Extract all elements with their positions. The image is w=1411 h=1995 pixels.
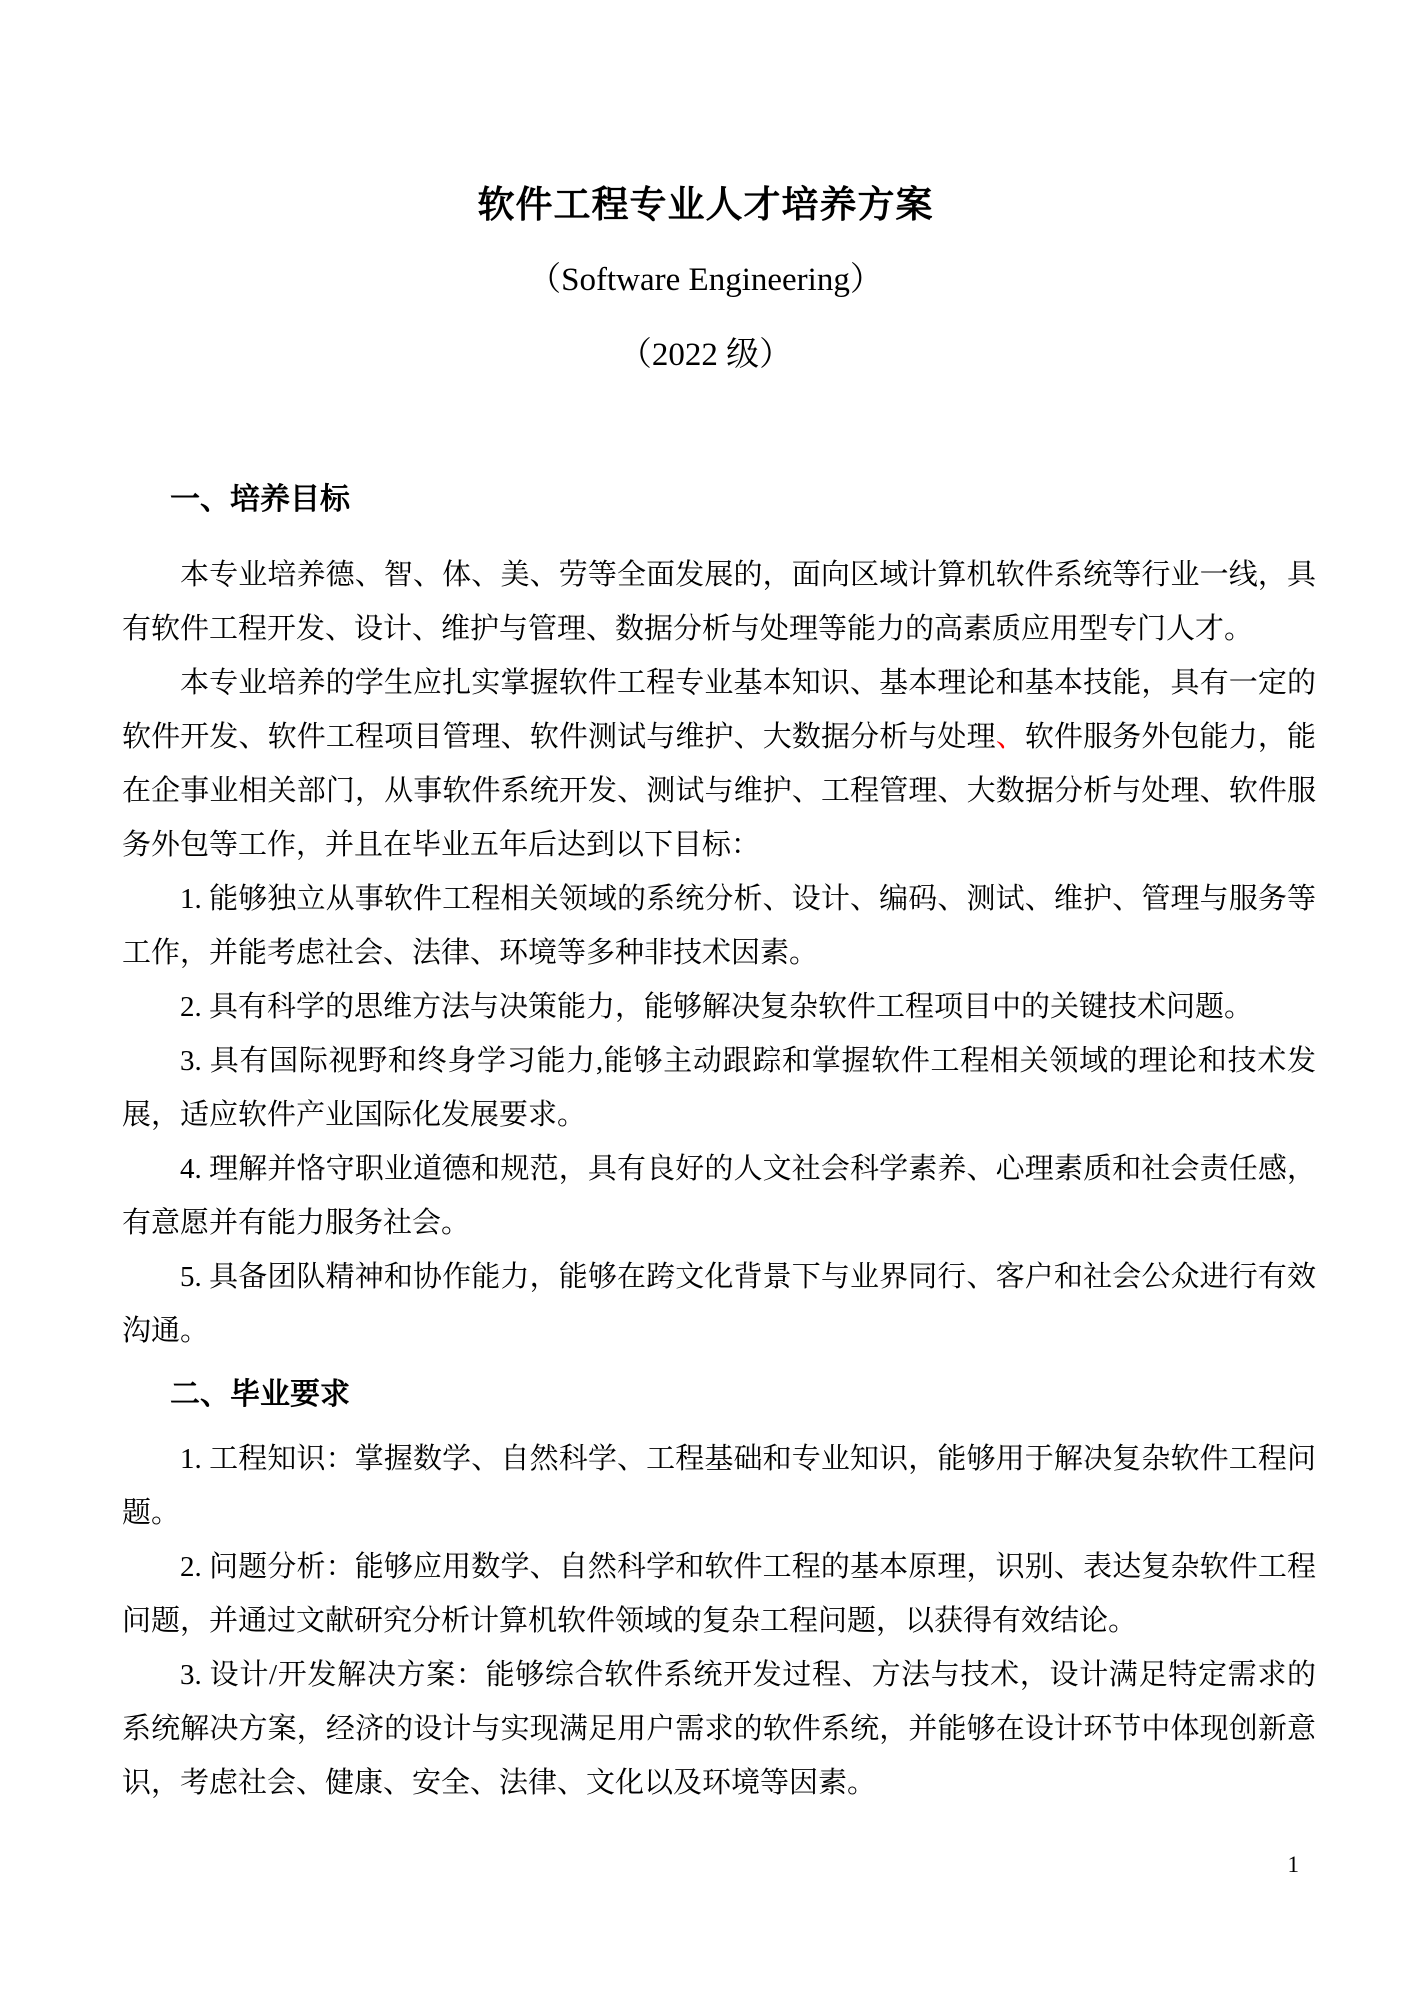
title-block: 软件工程专业人才培养方案 （Software Engineering） （202… xyxy=(0,0,1411,393)
paragraph: 1. 工程知识：掌握数学、自然科学、工程基础和专业知识，能够用于解决复杂软件工程… xyxy=(122,1432,1316,1540)
paragraph: 本专业培养的学生应扎实掌握软件工程专业基本知识、基本理论和基本技能，具有一定的软… xyxy=(122,656,1316,872)
paragraph: 3. 设计/开发解决方案：能够综合软件系统开发过程、方法与技术，设计满足特定需求… xyxy=(122,1648,1316,1810)
section-heading: 二、毕业要求 xyxy=(170,1368,1316,1422)
paragraph: 2. 具有科学的思维方法与决策能力，能够解决复杂软件工程项目中的关键技术问题。 xyxy=(122,980,1316,1034)
document-body: 一、培养目标本专业培养德、智、体、美、劳等全面发展的，面向区域计算机软件系统等行… xyxy=(0,473,1411,1810)
text-segment: 1. 能够独立从事软件工程相关领域的系统分析、设计、编码、测试、维护、管理与服务… xyxy=(122,883,1316,969)
text-segment: 3. 具有国际视野和终身学习能力,能够主动跟踪和掌握软件工程相关领域的理论和技术… xyxy=(122,1045,1316,1131)
paragraph: 3. 具有国际视野和终身学习能力,能够主动跟踪和掌握软件工程相关领域的理论和技术… xyxy=(122,1034,1316,1142)
document-subtitle-grade: （2022 级） xyxy=(0,318,1411,393)
document-subtitle-english: （Software Engineering） xyxy=(0,243,1411,318)
text-segment: 3. 设计/开发解决方案：能够综合软件系统开发过程、方法与技术，设计满足特定需求… xyxy=(122,1659,1316,1799)
section: 一、培养目标本专业培养德、智、体、美、劳等全面发展的，面向区域计算机软件系统等行… xyxy=(122,473,1316,1358)
document-page: 软件工程专业人才培养方案 （Software Engineering） （202… xyxy=(0,0,1411,1995)
section-heading: 一、培养目标 xyxy=(170,473,1316,527)
text-segment: 本专业培养德、智、体、美、劳等全面发展的，面向区域计算机软件系统等行业一线，具有… xyxy=(122,559,1316,645)
paragraph: 1. 能够独立从事软件工程相关领域的系统分析、设计、编码、测试、维护、管理与服务… xyxy=(122,872,1316,980)
page-number: 1 xyxy=(1288,1852,1300,1878)
document-title: 软件工程专业人才培养方案 xyxy=(0,168,1411,243)
paragraph: 2. 问题分析：能够应用数学、自然科学和软件工程的基本原理，识别、表达复杂软件工… xyxy=(122,1540,1316,1648)
paragraph: 本专业培养德、智、体、美、劳等全面发展的，面向区域计算机软件系统等行业一线，具有… xyxy=(122,548,1316,656)
highlighted-punctuation: 、 xyxy=(996,721,1025,753)
text-segment: 1. 工程知识：掌握数学、自然科学、工程基础和专业知识，能够用于解决复杂软件工程… xyxy=(122,1443,1316,1529)
text-segment: 4. 理解并恪守职业道德和规范，具有良好的人文社会科学素养、心理素质和社会责任感… xyxy=(122,1153,1316,1239)
text-segment: 2. 具有科学的思维方法与决策能力，能够解决复杂软件工程项目中的关键技术问题。 xyxy=(180,991,1253,1023)
text-segment: 5. 具备团队精神和协作能力，能够在跨文化背景下与业界同行、客户和社会公众进行有… xyxy=(122,1261,1316,1347)
text-segment: 2. 问题分析：能够应用数学、自然科学和软件工程的基本原理，识别、表达复杂软件工… xyxy=(122,1551,1316,1637)
section: 二、毕业要求1. 工程知识：掌握数学、自然科学、工程基础和专业知识，能够用于解决… xyxy=(122,1368,1316,1810)
paragraph: 5. 具备团队精神和协作能力，能够在跨文化背景下与业界同行、客户和社会公众进行有… xyxy=(122,1250,1316,1358)
paragraph: 4. 理解并恪守职业道德和规范，具有良好的人文社会科学素养、心理素质和社会责任感… xyxy=(122,1142,1316,1250)
